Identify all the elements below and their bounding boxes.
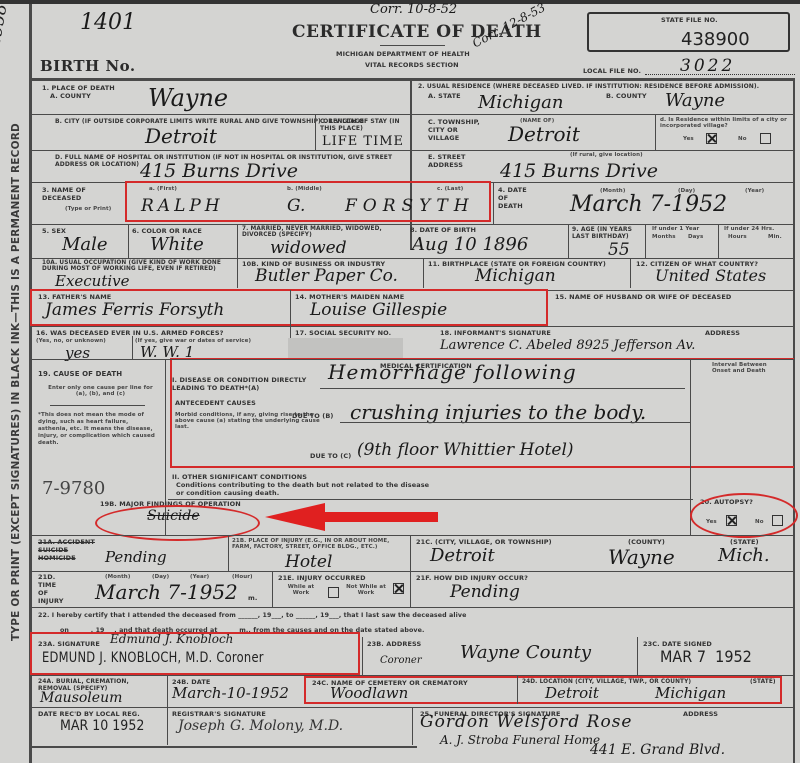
field-2c-label: c. TOWNSHIP, CITY OR VILLAGE xyxy=(428,118,488,142)
field-3-sub: (Type or Print) xyxy=(65,206,111,212)
deceased-first-name: RALPH xyxy=(141,196,224,216)
divider-4 xyxy=(493,182,494,224)
funeral-home-address: 441 E. Grand Blvd. xyxy=(590,742,725,758)
cemetery-value: Woodlawn xyxy=(330,684,408,702)
field-2d-yes-label: Yes xyxy=(683,136,694,142)
part1-label: I. DISEASE OR CONDITION DIRECTLY LEADING… xyxy=(172,376,322,392)
coroner-address-prefix: Coroner xyxy=(380,655,422,666)
field-1c-label: c. LENGTH OF STAY (in this place) xyxy=(320,118,410,132)
funeral-director-signature: Gordon Welsford Rose xyxy=(420,712,632,732)
field-2e-hint: (If rural, give location) xyxy=(570,152,643,158)
field-21f-label: 21f. HOW DID INJURY OCCUR? xyxy=(416,574,528,582)
row-rule-13 xyxy=(32,707,794,708)
divider-9c xyxy=(718,224,719,258)
accident-type-value: Pending xyxy=(105,548,167,566)
field-2-label: 2. USUAL RESIDENCE (Where deceased lived… xyxy=(418,83,759,90)
divider-24d xyxy=(517,676,518,704)
side-instruction-text: TYPE OR PRINT (EXCEPT SIGNATURES) IN BLA… xyxy=(10,32,30,732)
how-injury-occurred-value: Pending xyxy=(450,582,520,602)
cause-a-line xyxy=(320,388,685,389)
field-21b-label: 21b. PLACE OF INJURY (e.g., in or about … xyxy=(232,538,402,550)
residence-county: Wayne xyxy=(665,90,725,111)
cemetery-state-value: Michigan xyxy=(655,684,726,702)
field-8-label: 8. DATE OF BIRTH xyxy=(410,226,476,234)
local-file-label: Local File No. xyxy=(583,67,641,75)
redacted-ssn xyxy=(288,338,403,358)
not-while-at-work-checkbox[interactable] xyxy=(393,583,404,594)
field-10a-label: 10a. USUAL OCCUPATION (Give kind of work… xyxy=(42,260,237,272)
field-18-label: 18. INFORMANT'S SIGNATURE xyxy=(440,329,551,337)
field-21d-label: 21d. TIME OF INJURY xyxy=(38,573,68,605)
antecedent-label: ANTECEDENT CAUSES xyxy=(175,399,256,407)
field-2e-label: e. STREET ADDRESS xyxy=(428,153,478,169)
cause-c-value: (9th floor Whittier Hotel) xyxy=(357,440,574,460)
cemetery-city-value: Detroit xyxy=(545,684,599,702)
place-of-death-city: Detroit xyxy=(145,124,217,148)
field-2b-label: b. COUNTY xyxy=(606,92,647,100)
field-23a-label: 23a. SIGNATURE xyxy=(38,640,100,648)
divider-9b xyxy=(645,224,646,258)
field-25-address-label: ADDRESS xyxy=(683,710,718,718)
disposition-date-value: March-10-1952 xyxy=(172,684,289,702)
department-label: MICHIGAN DEPARTMENT OF HEALTH xyxy=(336,50,470,58)
while-at-work-checkbox[interactable] xyxy=(328,587,339,598)
residence-city: Detroit xyxy=(508,122,580,146)
deceased-last-name: FORSYTH xyxy=(345,196,475,216)
field-7-label: 7. MARRIED, NEVER MARRIED, WIDOWED, DIVO… xyxy=(242,226,402,238)
race-value: White xyxy=(150,234,204,255)
divider-10b xyxy=(237,258,238,288)
due-to-b-label: DUE TO (b) xyxy=(292,412,334,420)
title-underline xyxy=(380,45,445,46)
field-24d-state-label: (State) xyxy=(750,679,776,685)
citizenship-value: United States xyxy=(655,266,766,285)
divider-14 xyxy=(290,290,291,326)
length-of-stay: LIFE TIME xyxy=(322,134,404,149)
divider-9 xyxy=(568,224,569,258)
registrar-signature-label: REGISTRAR'S SIGNATURE xyxy=(172,710,266,718)
last-name-label: c. (Last) xyxy=(437,186,463,192)
row-rule-5 xyxy=(32,258,794,259)
cause-code: 7-9780 xyxy=(42,478,105,499)
part2-line xyxy=(168,499,693,500)
field-4-label: 4. DATE OF DEATH xyxy=(498,186,528,210)
divider-21b xyxy=(228,535,229,571)
age-value: 55 xyxy=(608,240,630,260)
funeral-home-name: A. J. Stroba Funeral Home xyxy=(440,733,600,747)
highlight-deceased-name: a. (First) RALPH b. (Middle) G. c. (Last… xyxy=(125,181,491,222)
under-1-year-label: If under 1 Year xyxy=(652,226,699,232)
birth-number-label: BIRTH No. xyxy=(40,57,136,75)
field-9-label: 9. AGE (In years last birthday) xyxy=(572,226,637,240)
state-file-number: 438900 xyxy=(681,29,750,50)
date-signed-value: MAR 7 1952 xyxy=(660,647,752,666)
sex-value: Male xyxy=(62,234,108,255)
state-file-box: State File No. 438900 xyxy=(587,12,790,52)
while-at-work-label: While at Work xyxy=(285,584,317,596)
residence-within-limits-no-checkbox[interactable] xyxy=(760,133,771,144)
disposition-value: Mausoleum xyxy=(40,690,122,706)
row-rule-7 xyxy=(32,326,794,327)
birth-number-value: 1401 xyxy=(80,10,136,35)
months-label: Months xyxy=(652,234,676,240)
divider-6 xyxy=(128,224,129,258)
minutes-label: Min. xyxy=(768,234,782,240)
interval-label: Interval Between Onset and Death xyxy=(712,362,782,374)
divider-12 xyxy=(630,258,631,288)
field-1-label: 1. PLACE OF DEATH xyxy=(42,84,115,92)
instruction-rule xyxy=(50,405,145,406)
residence-state: Michigan xyxy=(478,92,563,113)
due-to-c-label: DUE TO (c) xyxy=(310,452,351,460)
header-rule xyxy=(32,78,794,81)
local-file-number: 3022 xyxy=(680,56,735,76)
divider-2d xyxy=(655,114,656,150)
death-year-label: (Year) xyxy=(745,188,764,194)
injury-county-value: Wayne xyxy=(608,545,675,569)
field-17-label: 17. SOCIAL SECURITY NO. xyxy=(295,329,391,337)
field-3-label: 3. NAME OF DECEASED xyxy=(42,186,97,202)
part2-sub-label: Conditions contributing to the death but… xyxy=(176,481,436,497)
divider-7 xyxy=(237,224,238,258)
divider-11 xyxy=(423,258,424,288)
divider-21e xyxy=(272,571,273,607)
field-16-label: 16. WAS DECEASED EVER IN U.S. ARMED FORC… xyxy=(36,329,223,337)
time-suffix: m. xyxy=(248,594,257,602)
field-19-footnote: *This does not mean the mode of dying, s… xyxy=(38,412,160,447)
field-2a-label: a. STATE xyxy=(428,92,461,100)
coroner-name-stamp: EDMUND J. KNOBLOCH, M.D. Coroner xyxy=(42,650,264,666)
red-arrow-icon xyxy=(265,503,440,531)
birthplace-value: Michigan xyxy=(475,266,556,286)
residence-street: 415 Burns Drive xyxy=(500,160,658,182)
cause-b-value: crushing injuries to the body. xyxy=(350,400,646,424)
field-21a-label: 21a. ACCIDENT SUICIDE HOMICIDE xyxy=(38,538,103,562)
row-rule-4 xyxy=(32,224,794,225)
divider-16b xyxy=(132,336,133,360)
days-label: Days xyxy=(688,234,703,240)
middle-name-label: b. (Middle) xyxy=(287,186,322,192)
bottom-rule xyxy=(32,746,417,748)
place-of-injury-value: Hotel xyxy=(285,552,332,572)
hours-label: Hours xyxy=(728,234,747,240)
row-rule-1 xyxy=(32,114,794,115)
divider-1c xyxy=(315,114,316,150)
date-of-birth-value: Aug 10 1896 xyxy=(412,234,528,255)
row-rule-9 xyxy=(32,535,794,536)
field-21e-label: 21e. INJURY OCCURRED xyxy=(278,574,366,582)
deceased-middle-name: G. xyxy=(287,196,305,216)
local-registrar-date-label: DATE REC'D BY LOCAL REG. xyxy=(38,710,140,718)
field-18-address-label: ADDRESS xyxy=(705,329,740,337)
field-22-line1: 22. I hereby certify that I attended the… xyxy=(38,612,467,619)
occupation-value: Executive xyxy=(55,272,130,290)
field-23b-label: 23b. ADDRESS xyxy=(367,640,421,648)
field-19-label: 19. CAUSE OF DEATH xyxy=(38,370,122,378)
divider-23b xyxy=(362,637,363,675)
death-certificate: 1958 TYPE OR PRINT (EXCEPT SIGNATURES) I… xyxy=(0,0,800,763)
field-15-label: 15. NAME OF HUSBAND OR WIFE OF DECEASED xyxy=(555,293,731,301)
field-1a-label: a. COUNTY xyxy=(50,92,91,100)
date-of-death: March 7-1952 xyxy=(570,192,727,217)
injury-city-value: Detroit xyxy=(430,545,495,566)
row-rule-11 xyxy=(32,607,794,608)
under-24-hrs-label: If under 24 Hrs. xyxy=(724,226,774,232)
time-of-injury-value: March 7-1952 xyxy=(95,580,238,604)
first-name-label: a. (First) xyxy=(149,186,177,192)
informant-signature: Lawrence C. Abeled 8925 Jefferson Av. xyxy=(440,338,695,353)
divider-23c xyxy=(637,637,638,675)
field-2d-no-label: No xyxy=(738,136,747,142)
local-registrar-date-value: MAR 10 1952 xyxy=(60,718,144,734)
field-2d-label: d. Is Residence within limits of a city … xyxy=(660,117,790,129)
highlight-autopsy-oval xyxy=(690,493,798,538)
business-value: Butler Paper Co. xyxy=(255,266,398,286)
part2-label: II. OTHER SIGNIFICANT CONDITIONS xyxy=(172,473,307,481)
field-19-instructions: Enter only one cause per line for (a), (… xyxy=(48,385,153,397)
coroner-address-value: Wayne County xyxy=(460,642,591,663)
injury-state-value: Mich. xyxy=(718,545,770,566)
fathers-name-value: James Ferris Forsyth xyxy=(45,300,224,320)
divider-25 xyxy=(412,707,413,745)
not-while-at-work-label: Not While at Work xyxy=(345,584,387,596)
correction-annotation-top: Corr. 10-8-52 xyxy=(370,2,457,17)
divider-24b xyxy=(167,675,168,745)
cause-b-line xyxy=(340,422,690,423)
hospital-address: 415 Burns Drive xyxy=(140,160,298,182)
coroner-handwritten-signature: Edmund J. Knobloch xyxy=(110,632,233,646)
marital-status-value: widowed xyxy=(270,238,347,258)
mothers-maiden-name-value: Louise Gillespie xyxy=(310,300,447,320)
cause-a-value: Hemorrhage following xyxy=(328,360,577,384)
section-label: Vital Records Section xyxy=(365,61,459,69)
registrar-signature-value: Joseph G. Molony, M.D. xyxy=(178,718,343,734)
state-file-label: State File No. xyxy=(661,16,718,24)
place-of-death-county: Wayne xyxy=(148,84,228,112)
residence-within-limits-yes-checkbox[interactable] xyxy=(706,133,717,144)
row-rule-2 xyxy=(32,150,794,151)
row-rule-10 xyxy=(32,571,794,572)
